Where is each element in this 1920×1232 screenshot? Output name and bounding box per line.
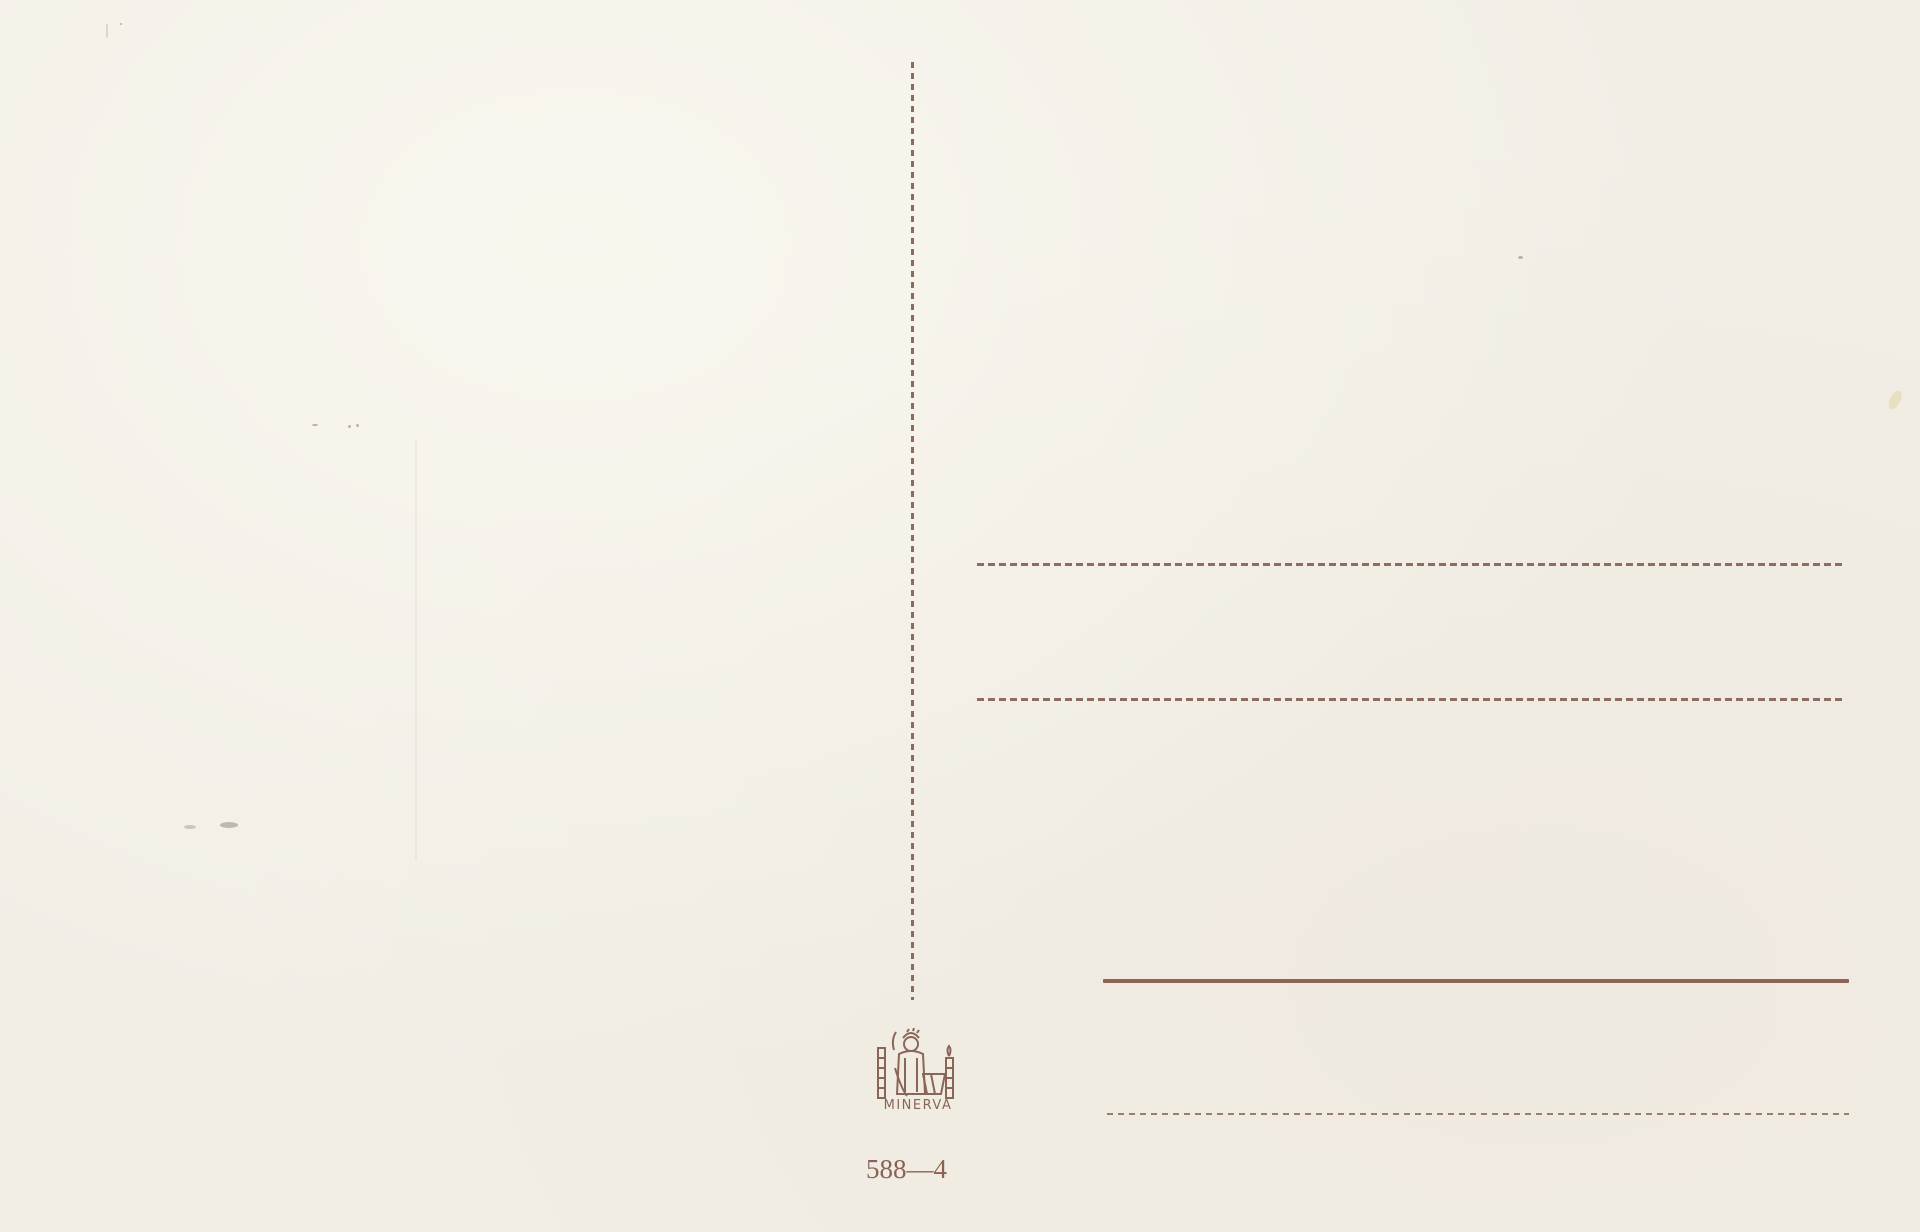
address-line-2: [977, 698, 1845, 701]
address-line-1: [977, 563, 1845, 566]
card-number: 588—4: [866, 1154, 976, 1185]
paper-stain: [1886, 389, 1905, 411]
address-line-3: [1103, 979, 1849, 983]
paper-fold-mark: [415, 440, 417, 860]
publisher-mark: MINERVA: [868, 1028, 968, 1113]
address-line-4: [1107, 1113, 1849, 1115]
paper-speck: [106, 24, 108, 38]
paper-speck: [312, 424, 318, 426]
paper-speck: [120, 23, 122, 25]
minerva-goddess-logo-icon: [873, 1028, 963, 1100]
paper-speck: [184, 825, 196, 829]
publisher-name: MINERVA: [868, 1098, 968, 1113]
message-address-divider: [911, 62, 914, 1000]
paper-speck: [220, 822, 238, 828]
postcard-back: MINERVA 588—4: [0, 0, 1920, 1232]
paper-speck: [1518, 256, 1523, 259]
paper-speck: [348, 425, 351, 428]
paper-speck: [356, 424, 359, 427]
